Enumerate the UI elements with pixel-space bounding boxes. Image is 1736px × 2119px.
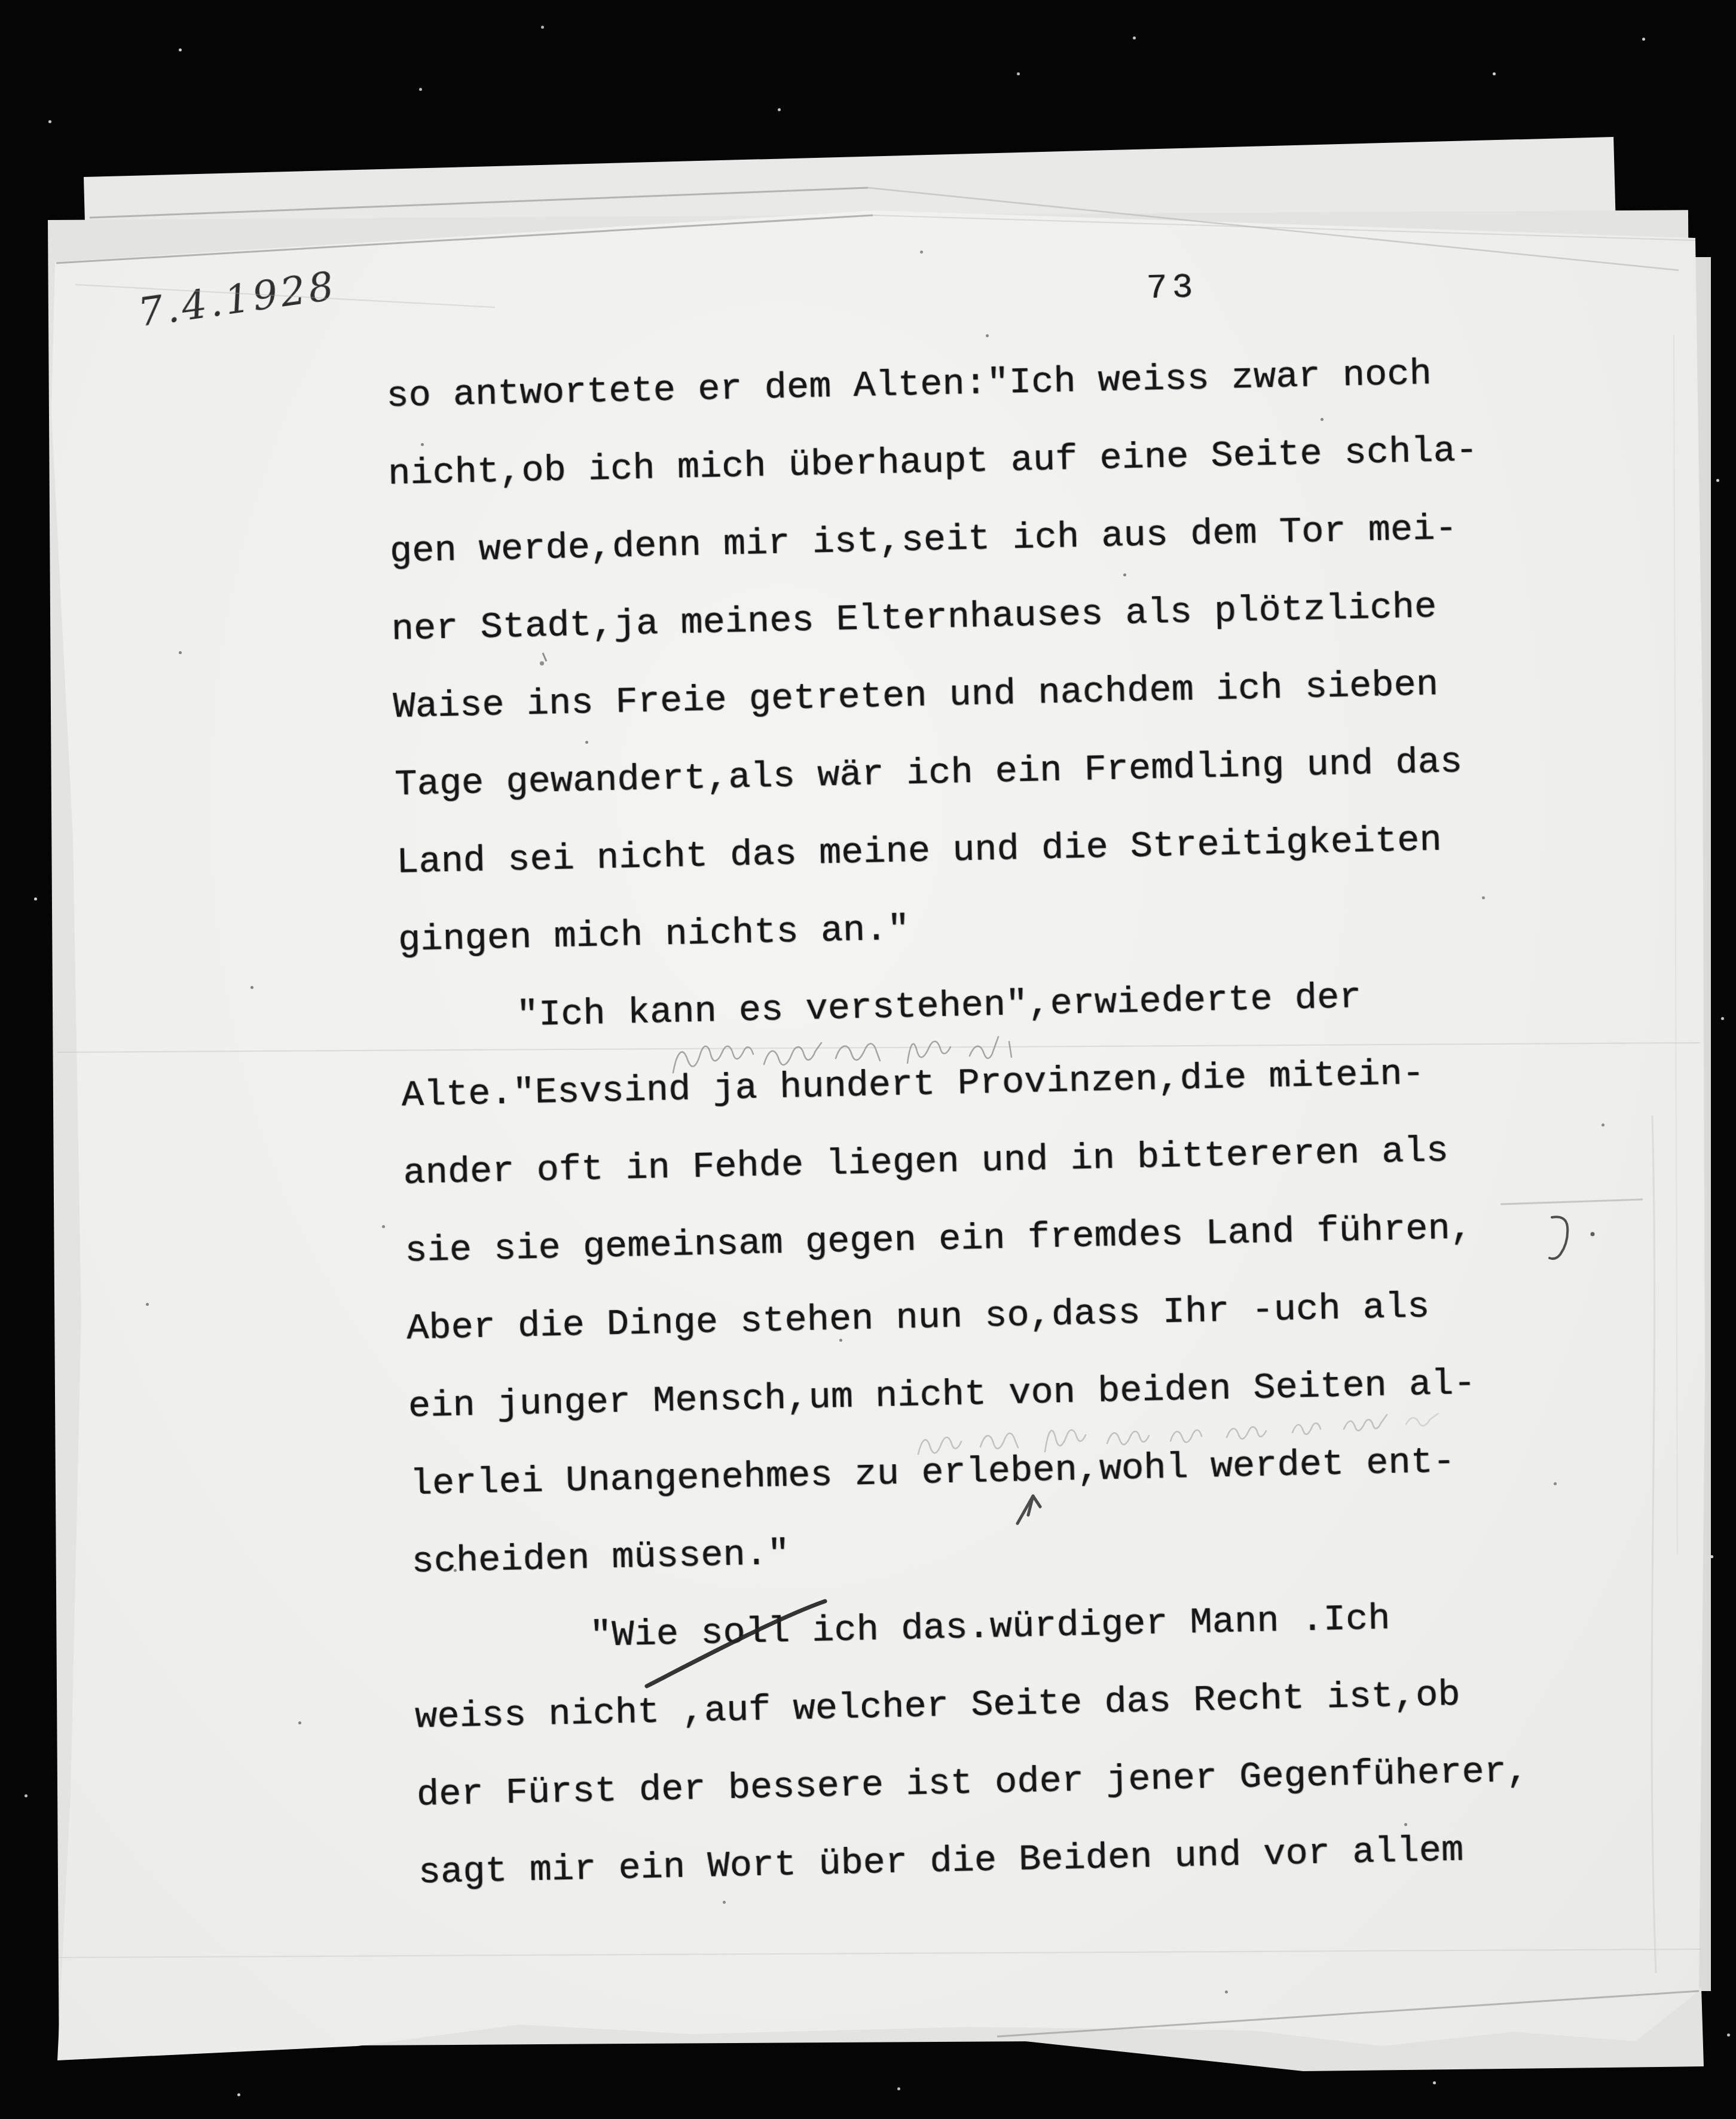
page-number: 73	[1146, 268, 1198, 309]
paper-specks	[0, 0, 2, 2]
scanned-manuscript-scene: 7.4.1928 73 so antwortete er dem Alten:"…	[0, 0, 1736, 2119]
typewritten-text-block: so antwortete er dem Alten:"Ich weiss zw…	[386, 330, 1698, 1912]
